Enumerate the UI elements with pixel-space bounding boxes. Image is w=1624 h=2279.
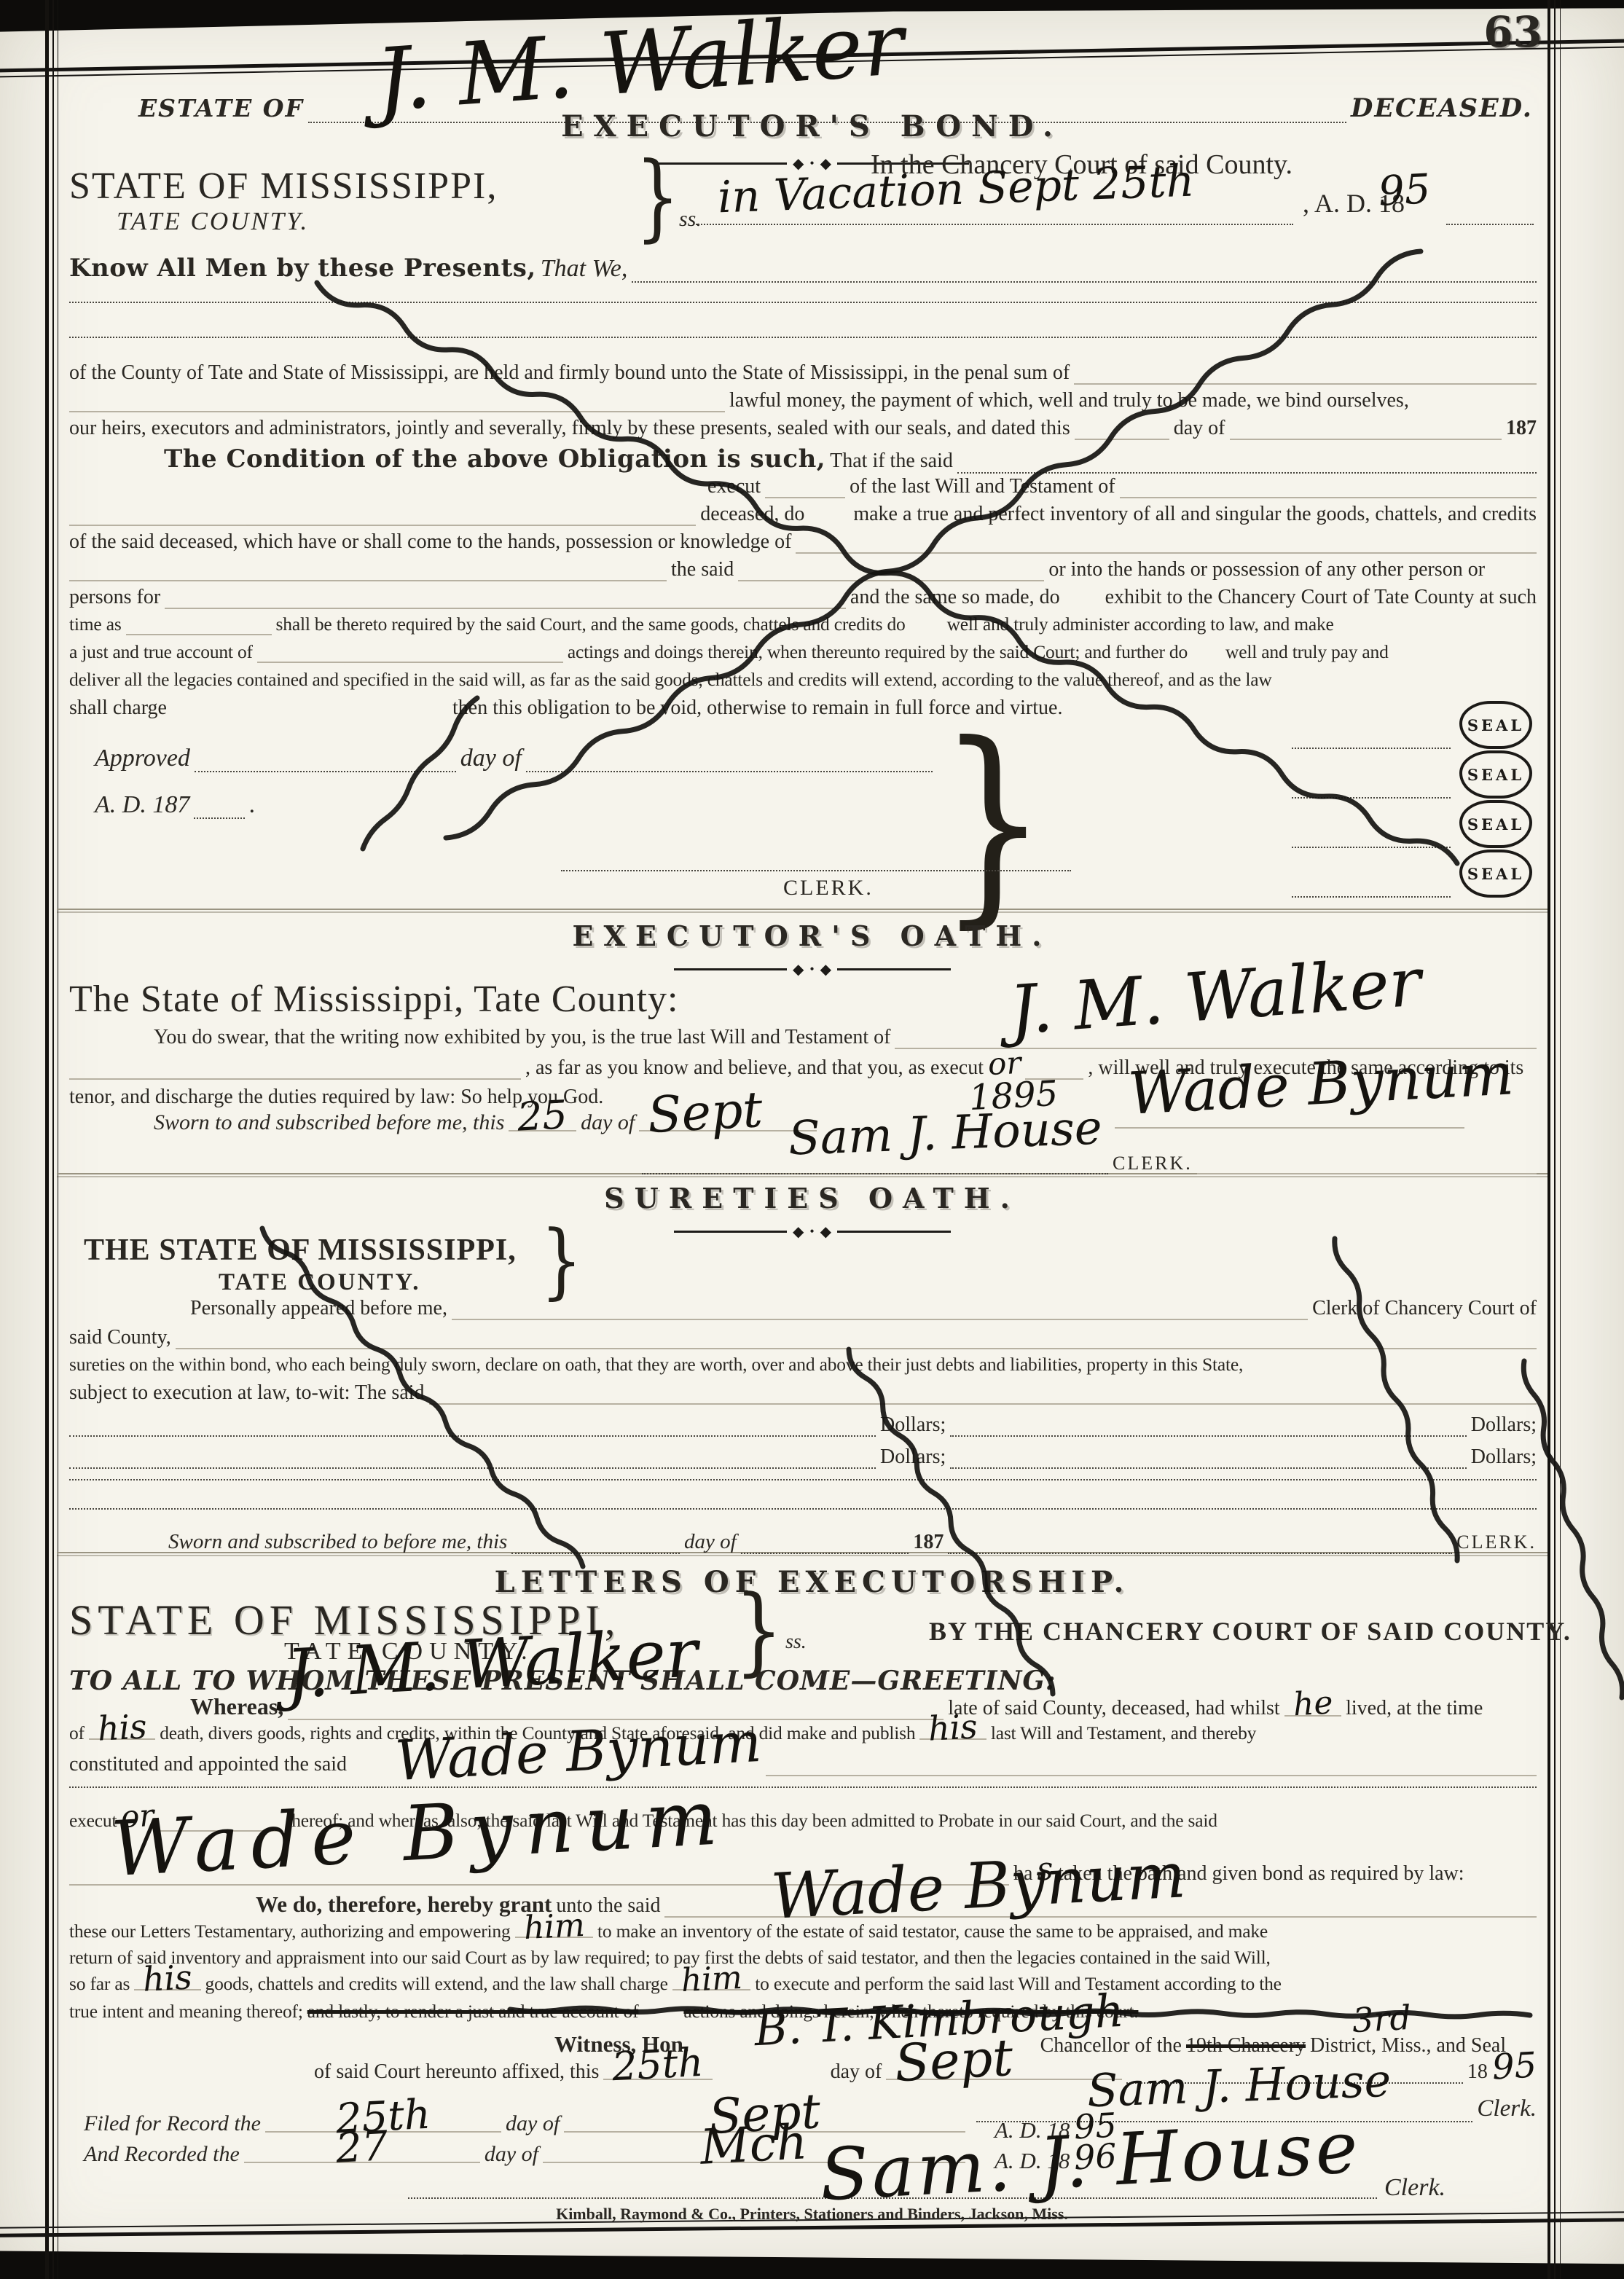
bond-text: well and truly administer according to l… xyxy=(947,613,1334,635)
diamond-icon xyxy=(793,1223,804,1241)
clerk-label: Clerk. xyxy=(1384,2174,1445,2202)
blank-line xyxy=(1230,436,1502,440)
bond-title: EXECUTOR'S BOND. xyxy=(561,109,1063,144)
recorded-label: And Recorded the xyxy=(84,2142,240,2167)
printer-credit-row: Kimball, Raymond & Co., Printers, Statio… xyxy=(485,2205,1140,2224)
binding-line xyxy=(1560,0,1561,2279)
letters-text: lived, at the time xyxy=(1346,1697,1483,1720)
bond-text: and the same so made, do xyxy=(850,586,1060,609)
sureties-text: Personally appeared before me, xyxy=(190,1297,447,1320)
bond-text: deceased, do xyxy=(700,503,804,526)
sureties-state-row: THE STATE OF MISSISSIPPI, xyxy=(84,1233,594,1268)
pronoun-handwritten: he xyxy=(1293,1703,1333,1706)
record-book-page: 63 ESTATE OF DECEASED. J. M. Walker EXEC… xyxy=(0,0,1624,2279)
bond-line-10: time as shall be thereto required by the… xyxy=(69,613,1537,635)
binding-line xyxy=(58,0,58,2279)
sureties-line-1: Personally appeared before me, Clerk of … xyxy=(69,1297,1537,1320)
day-of-label: day of xyxy=(485,2142,538,2167)
sureties-dollars-row-2: Dollars; Dollars; xyxy=(69,1446,1537,1469)
day-of-label: day of xyxy=(831,2060,882,2084)
blank-line xyxy=(257,659,563,663)
bond-text: or into the hands or possession of any o… xyxy=(1048,558,1485,581)
oath-heading: The State of Mississippi, Tate County: xyxy=(69,978,678,1021)
ornament-line xyxy=(674,968,787,970)
filed-row: Filed for Record the 25th day of Sept xyxy=(84,2111,965,2136)
seal-signature-row: SEAL xyxy=(1292,701,1532,749)
bond-text: time as xyxy=(69,613,122,635)
oath-day-handwritten: 25 xyxy=(517,1115,568,1118)
clerk-label: CLERK. xyxy=(783,876,874,901)
bond-line-6: deceased, do make a true and perfect inv… xyxy=(69,503,1537,526)
sureties-line-4: subject to execution at law, to-wit: The… xyxy=(69,1381,1537,1405)
ad-year-handwritten: 95 xyxy=(1378,169,1432,213)
sworn-text: Sworn to and subscribed before me, this xyxy=(154,1110,504,1135)
blank-line xyxy=(69,1432,876,1437)
blank-line xyxy=(429,1400,1537,1405)
blank-row xyxy=(69,299,1537,303)
bond-line-12: deliver all the legacies contained and s… xyxy=(69,669,1537,691)
blank-line xyxy=(741,1550,909,1554)
bond-line-5: execut of the last Will and Testament of xyxy=(69,475,1537,498)
letters-title: LETTERS OF EXECUTORSHIP. xyxy=(495,1565,1130,1599)
ss-label: ss. xyxy=(679,207,702,232)
struck-district: 19th Chancery xyxy=(1186,2034,1306,2058)
dot-icon xyxy=(809,962,814,977)
year-printed: 18 xyxy=(1467,2060,1488,2084)
period: . xyxy=(249,791,256,819)
filed-label: Filed for Record the xyxy=(84,2111,261,2136)
letters-text: these our Letters Testamentary, authoriz… xyxy=(69,1921,511,1942)
blank-line xyxy=(69,334,1537,338)
blank-line xyxy=(696,221,1293,225)
blank-line xyxy=(1292,893,1451,898)
blank-line xyxy=(69,408,725,412)
letters-text: last Will and Testament, and thereby xyxy=(991,1722,1256,1744)
bond-line-8: the said or into the hands or possession… xyxy=(69,558,1537,581)
year-printed: 187 xyxy=(913,1531,944,1554)
pronoun-handwritten: his xyxy=(928,1726,977,1729)
blank-line xyxy=(1075,436,1169,440)
sureties-oath-title: SURETIES OATH. xyxy=(604,1182,1020,1215)
blank-line xyxy=(452,1316,1308,1320)
bond-clerk-row: CLERK. xyxy=(783,876,1002,901)
divider-ornament xyxy=(674,960,951,978)
sureties-text: said County, xyxy=(69,1326,171,1349)
blank-line xyxy=(765,494,845,498)
by-court-text: BY THE CHANCERY COURT OF SAID COUNTY. xyxy=(929,1616,1572,1647)
bond-text: deliver all the legacies contained and s… xyxy=(69,669,1272,691)
dollars-label: Dollars; xyxy=(880,1446,946,1469)
oath-text: You do swear, that the writing now exhib… xyxy=(154,1026,890,1049)
letters-text: true intent and meaning thereof; xyxy=(69,2001,303,2023)
blank-line xyxy=(69,1784,1537,1788)
dot-icon xyxy=(809,1224,814,1239)
by-court-row: BY THE CHANCERY COURT OF SAID COUNTY. xyxy=(929,1616,1585,1647)
county-label: TATE COUNTY. xyxy=(219,1269,420,1296)
seal-badge: SEAL xyxy=(1459,800,1532,848)
seal-signature-row: SEAL xyxy=(1292,800,1532,848)
letters-text: late of said County, deceased, had whils… xyxy=(948,1697,1279,1720)
county-label: TATE COUNTY. xyxy=(117,207,309,236)
blank-line xyxy=(511,1550,680,1554)
bond-opening-row: Know All Men by these Presents, That We, xyxy=(69,254,1537,283)
bond-text: the said xyxy=(671,558,734,581)
letters-text: so far as xyxy=(69,1973,130,1995)
blank-line xyxy=(766,1772,1537,1776)
letters-text: of xyxy=(69,1722,85,1744)
bond-text: our heirs, executors and administrators,… xyxy=(69,417,1070,440)
sureties-line-3: sureties on the within bond, who each be… xyxy=(69,1354,1537,1376)
blank-line xyxy=(69,577,667,581)
seal-signature-row: SEAL xyxy=(1292,850,1532,898)
letters-line-10: return of said inventory and appraisment… xyxy=(69,1947,1537,1969)
blank-line xyxy=(1446,221,1534,225)
bond-line-7: of the said deceased, which have or shal… xyxy=(69,530,1537,554)
deceased-label: DECEASED. xyxy=(1351,93,1533,123)
clerk-label: Clerk. xyxy=(1477,2095,1537,2122)
sureties-text: subject to execution at law, to-wit: The… xyxy=(69,1381,425,1405)
letters-text: constituted and appointed the said xyxy=(69,1753,347,1776)
sureties-line-2: said County, xyxy=(69,1326,1537,1349)
blank-line xyxy=(1292,745,1451,749)
district-correction-handwritten: 3rd xyxy=(1352,2001,1412,2037)
page-number: 63 xyxy=(1483,7,1542,57)
ad-187-row: A. D. 187 . xyxy=(95,791,335,819)
year-printed: 187 xyxy=(1506,417,1537,440)
pronoun-handwritten: his xyxy=(98,1726,146,1729)
blank-line xyxy=(1292,844,1451,848)
dollars-label: Dollars; xyxy=(880,1413,946,1437)
seal-badge: SEAL xyxy=(1459,701,1532,749)
bond-line-1: of the County of Tate and State of Missi… xyxy=(69,361,1537,385)
blank-line xyxy=(126,631,272,635)
bond-text: of the last Will and Testament of xyxy=(850,475,1115,498)
oath-line-1: You do swear, that the writing now exhib… xyxy=(69,1026,1537,1049)
oath-text: , as far as you know and believe, and th… xyxy=(525,1056,984,1080)
letters-text: of said Court hereunto affixed, this xyxy=(314,2060,599,2084)
executor-suffix-handwritten: or xyxy=(988,1063,1021,1064)
filing-clerk-row: Clerk. xyxy=(1384,2174,1566,2202)
blank-line xyxy=(165,605,846,609)
day-of-label: day of xyxy=(506,2111,560,2136)
seal-signature-row: SEAL xyxy=(1292,750,1532,799)
bond-text: well and truly pay and xyxy=(1225,641,1389,663)
bond-text: a just and true account of xyxy=(69,641,253,663)
sureties-text: Clerk of Chancery Court of xyxy=(1312,1297,1537,1320)
oath-month-handwritten: Sept xyxy=(648,1110,762,1116)
bond-text: That if the said xyxy=(830,450,953,473)
binding-line xyxy=(1547,0,1550,2279)
section-separator xyxy=(57,909,1547,910)
letters-text: District, Miss., and Seal xyxy=(1310,2034,1506,2058)
blank-line xyxy=(69,1075,521,1080)
caption-brace xyxy=(541,1220,582,1303)
bond-text: of the said deceased, which have or shal… xyxy=(69,530,791,554)
bond-text: day of xyxy=(1174,417,1225,440)
blank-line xyxy=(1197,1170,1537,1174)
bond-line-2: lawful money, the payment of which, well… xyxy=(69,389,1537,412)
bond-text: make a true and perfect inventory of all… xyxy=(853,503,1537,526)
bond-text: lawful money, the payment of which, well… xyxy=(729,389,1409,412)
letters-text: goods, chattels and credits will extend,… xyxy=(205,1973,668,1995)
bond-line-11: a just and true account of actings and d… xyxy=(69,641,1537,663)
letters-year-handwritten: 95 xyxy=(1492,2065,1537,2067)
letters-clerk-signature-handwritten: Sam J. House xyxy=(1086,2058,1392,2114)
sureties-county-row: TATE COUNTY. xyxy=(219,1269,525,1296)
county-caption: TATE COUNTY. xyxy=(117,207,481,236)
letters-day-handwritten: 25th xyxy=(612,2063,703,2068)
executor-name-handwritten: Wade Bynum xyxy=(395,1742,761,1761)
seal-badge: SEAL xyxy=(1459,850,1532,898)
approved-label: Approved xyxy=(95,745,190,772)
executors-oath-title: EXECUTOR'S OATH. xyxy=(573,919,1052,952)
blank-line xyxy=(796,549,1537,554)
binding-line xyxy=(1554,0,1556,2279)
signature-line xyxy=(642,1170,1108,1174)
diamond-icon xyxy=(820,1223,831,1241)
bond-text: persons for xyxy=(69,586,160,609)
day-of-label: day of xyxy=(460,745,522,772)
oath-clerk-signature-handwritten: Sam J. House xyxy=(788,1105,1103,1163)
day-of-label: day of xyxy=(684,1530,737,1554)
blank-line xyxy=(950,1432,1467,1437)
bond-text: exhibit to the Chancery Court of Tate Co… xyxy=(1105,586,1537,609)
clerk-label: CLERK. xyxy=(1456,1531,1537,1553)
letters-month-handwritten: Sept xyxy=(895,2058,1013,2063)
blank-line xyxy=(69,522,696,526)
letters-line-3: constituted and appointed the said Wade … xyxy=(69,1752,1537,1776)
grant-text: We do, therefore, hereby grant xyxy=(256,1891,552,1918)
pen-stroke xyxy=(363,698,477,849)
blank-line xyxy=(632,278,1537,283)
ornament-line xyxy=(837,968,950,970)
seal-badge: SEAL xyxy=(1459,750,1532,799)
caption-brace xyxy=(635,149,680,244)
bond-text: shall be thereto required by the said Co… xyxy=(276,613,906,635)
blank-row xyxy=(69,1476,1537,1480)
blank-line xyxy=(948,1550,1452,1554)
blank-line xyxy=(194,815,245,819)
sureties-dollars-row-1: Dollars; Dollars; xyxy=(69,1413,1537,1437)
state-label: THE STATE OF MISSISSIPPI, xyxy=(84,1233,517,1268)
binding-line xyxy=(52,0,54,2279)
blank-line xyxy=(950,1464,1467,1469)
letters-text: return of said inventory and appraisment… xyxy=(69,1947,1271,1969)
bond-condition-row: The Condition of the above Obligation is… xyxy=(69,444,1537,474)
blank-line xyxy=(1120,494,1537,498)
letters-testator-name-handwritten: J. M. Walker xyxy=(284,1620,699,1708)
whereas-label: Whereas, xyxy=(190,1693,283,1720)
blank-line xyxy=(195,768,456,772)
filed-day-handwritten: 25th xyxy=(336,2115,431,2120)
ss-label: ss. xyxy=(785,1631,807,1654)
bond-text: execut xyxy=(707,475,761,498)
blank-line xyxy=(957,469,1537,474)
state-caption: STATE OF MISSISSIPPI, xyxy=(69,165,652,208)
blank-line xyxy=(69,1476,1537,1480)
sureties-text: sureties on the within bond, who each be… xyxy=(69,1354,1243,1376)
blank-row xyxy=(69,334,1537,338)
diamond-icon xyxy=(793,960,804,978)
diamond-icon xyxy=(820,960,831,978)
blank-line xyxy=(69,1464,876,1469)
that-we-text: That We, xyxy=(541,255,628,283)
bond-line-9: persons for and the same so made, do exh… xyxy=(69,586,1537,609)
approved-row: Approved day of xyxy=(95,745,933,772)
letters-line-2: of his death, divers goods, rights and c… xyxy=(69,1722,1537,1744)
blank-row xyxy=(69,1784,1537,1788)
bond-line-3: our heirs, executors and administrators,… xyxy=(69,417,1537,440)
pronoun-handwritten: him xyxy=(524,1926,584,1929)
pronoun-handwritten: him xyxy=(681,1978,742,1981)
struck-text: and lastly, to render a just and true ac… xyxy=(307,2001,639,2023)
bond-text: actings and doings therein, when thereun… xyxy=(568,641,1188,663)
letters-line-11: so far as his goods, chattels and credit… xyxy=(69,1973,1537,1995)
sureties-sworn-row: Sworn and subscribed to before me, this … xyxy=(69,1530,1537,1554)
blank-line xyxy=(526,768,933,772)
day-of-label: day of xyxy=(581,1110,635,1135)
state-label: STATE OF MISSISSIPPI, xyxy=(69,165,498,208)
pronoun-handwritten: his xyxy=(143,1977,192,1980)
blank-line xyxy=(69,299,1537,303)
bond-text: of the County of Tate and State of Missi… xyxy=(69,361,1070,385)
sworn-text: Sworn and subscribed to before me, this xyxy=(168,1530,507,1554)
dollars-label: Dollars; xyxy=(1471,1446,1537,1469)
dollars-label: Dollars; xyxy=(1471,1413,1537,1437)
blank-line xyxy=(69,1505,1537,1510)
divider-ornament xyxy=(674,1223,951,1241)
recorded-day-handwritten: 27 xyxy=(336,2146,388,2149)
pen-stroke xyxy=(1523,1361,1622,1698)
blank-line xyxy=(1074,380,1537,385)
blank-line xyxy=(176,1345,1537,1349)
blank-row xyxy=(69,1505,1537,1510)
caption-brace xyxy=(734,1583,783,1679)
condition-text: The Condition of the above Obligation is… xyxy=(164,444,825,474)
scan-bottom-edge xyxy=(0,2241,1624,2279)
ad-187-label: A. D. 187 xyxy=(95,791,189,819)
estate-of-label: ESTATE OF xyxy=(138,94,304,122)
ornament-line xyxy=(674,1231,787,1233)
bond-text: shall charge xyxy=(69,697,167,720)
blank-line xyxy=(1292,794,1451,799)
recorded-month-handwritten: Mch xyxy=(701,2142,808,2148)
blank-line xyxy=(738,577,1044,581)
binding-line xyxy=(45,0,49,2279)
know-all-men-text: Know All Men by these Presents, xyxy=(69,254,536,283)
clerk-signature-line xyxy=(561,867,1071,871)
ornament-line xyxy=(837,1231,950,1233)
clerk-label: CLERK. xyxy=(1113,1153,1193,1174)
letters-ss-row: ss. xyxy=(785,1631,851,1654)
